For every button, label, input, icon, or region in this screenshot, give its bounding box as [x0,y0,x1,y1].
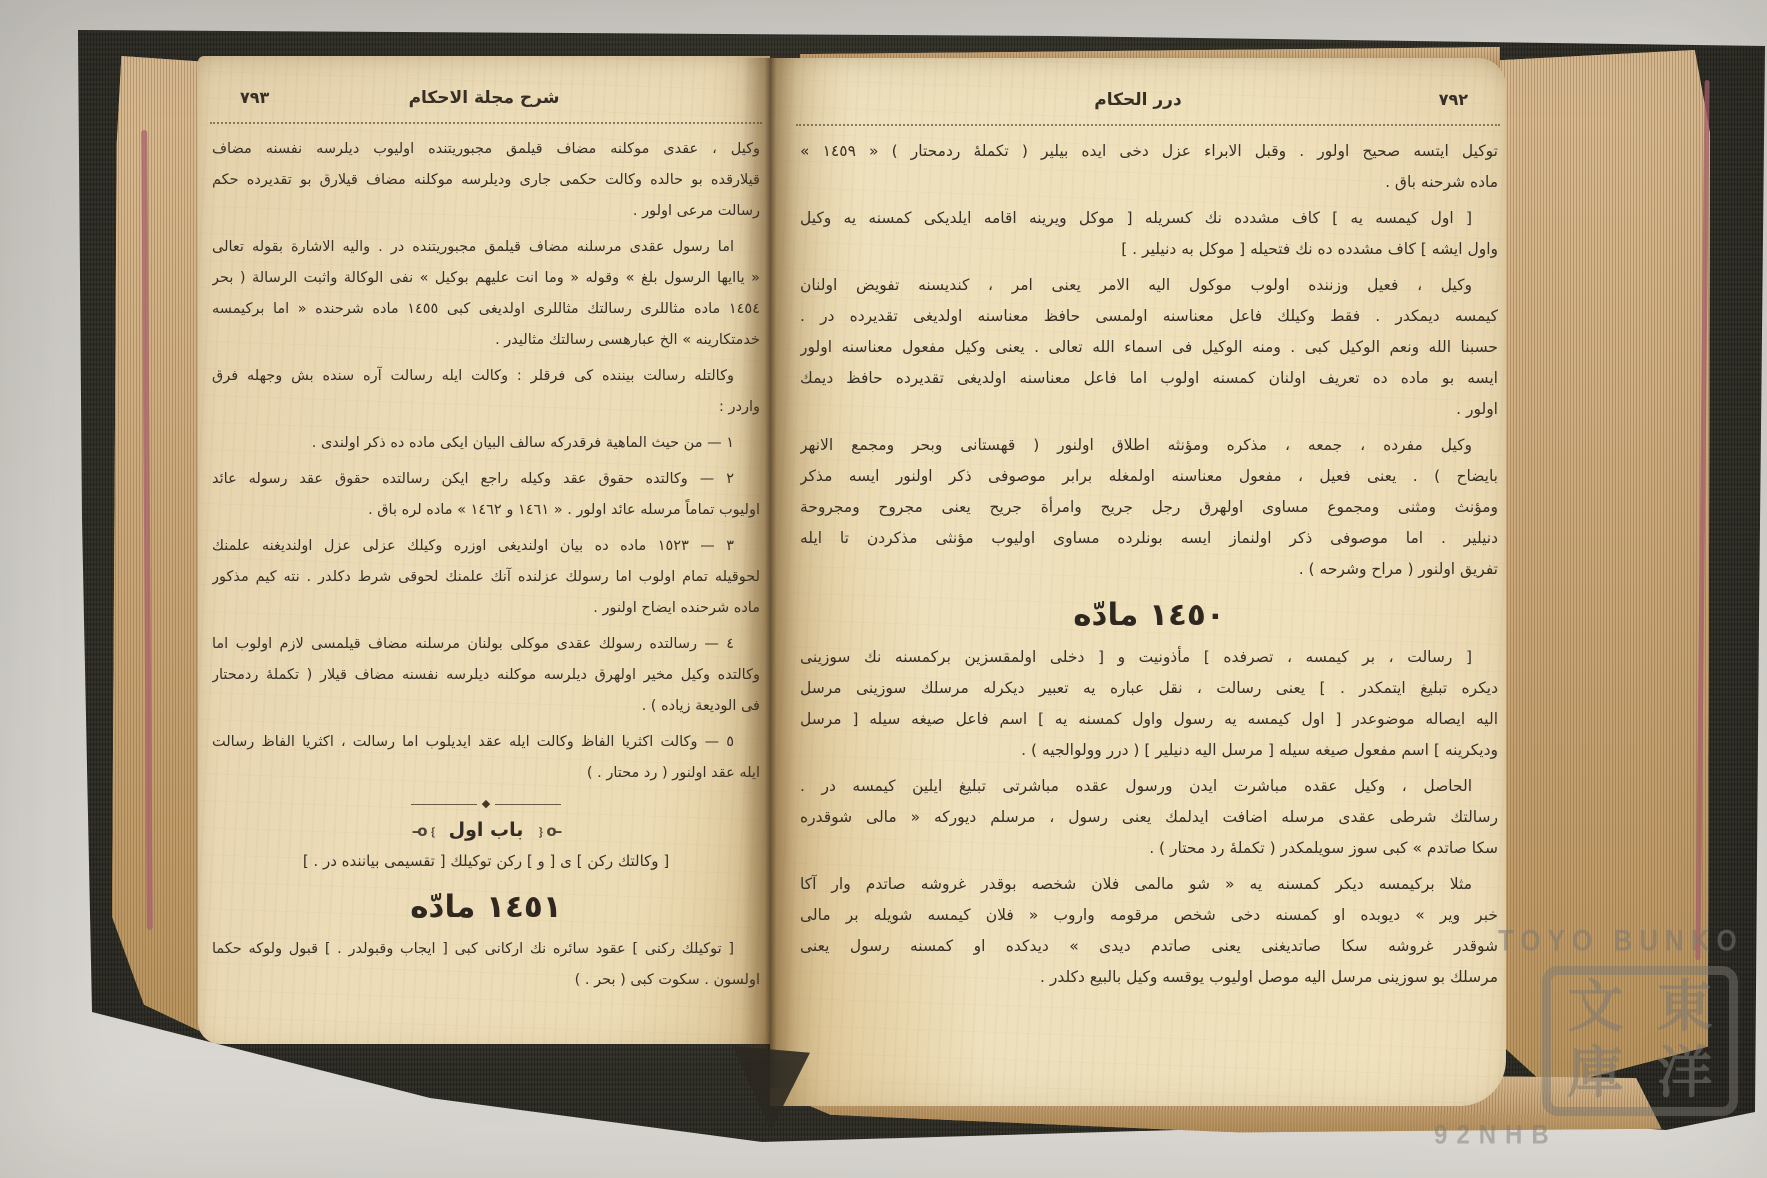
text-line: ١ — من حيث الماهية فرقدركه سالف البيان ا… [212,428,760,459]
text-line: وكالتده وكيل مخير اولهرق ديلرسه موكلنه د… [212,660,760,691]
text-line: وديكرينه ] اسم مفعول صيغه سيله [ مرسل ال… [800,735,1498,766]
text-line: واول ايشه ] كاف مشدده ده نك فتحيله [ موك… [800,234,1498,265]
left-page-header: ٧٩٣ شرح مجلة الاحكام [198,88,770,118]
text-line: فى الوديعة زياده ) . [212,691,760,722]
text-line: [ رسالت ، بر كيمسه ، تصرفده ] مأذونيت و … [800,642,1498,673]
ornament: ﹜o– [533,820,560,841]
text-line: وكيل ، عقدى موكلنه مضاف قيلمق مجبوريتنده… [212,134,760,165]
page-edges-left [112,56,206,1034]
text-line: اولور . [800,394,1498,425]
paragraph: وكالتله رسالت بيننده كى فرقلر : وكالت اي… [212,361,760,423]
paragraph: ٥ — وكالت اكثريا الفاظ وكالت ايله عقد اي… [212,727,760,789]
paragraph: وكيل ، عقدى موكلنه مضاف قيلمق مجبوريتنده… [212,134,760,227]
text-line: بايضاح ) . يعنى فعيل ، مفعول معناسنه اول… [800,461,1498,492]
text-line: مثلا بركيمسه ديكر كمسنه يه « شو مالمى فل… [800,869,1498,900]
page-edges-right [1492,50,1710,1088]
left-page-number: ٧٩٣ [240,88,269,107]
text-line: ٣ — ١٥٢٣ ماده ده بيان اولنديغى اوزره وكي… [212,531,760,562]
text-line: ايله عقد اولنور ( رد محتار . ) [212,758,760,789]
text-line: دنيلير . اما موصوفى ذكر اولنماز ايسه بون… [800,523,1498,554]
header-rule [796,124,1500,126]
text-line: ماده شرحنه باق . [800,167,1498,198]
text-line: حسبنا الله ونعم الوكيل كبى . ومنه الوكيل… [800,332,1498,363]
article-number-heading: ١٤٥٠ مادّه [800,597,1498,633]
text-line: [ وكالتك ركن ] ى [ و ] ركن توكيلك [ تقسي… [212,845,760,877]
left-running-title: شرح مجلة الاحكام [198,88,770,108]
section-divider: ◆ [212,797,760,811]
paragraph: ٣ — ١٥٢٣ ماده ده بيان اولنديغى اوزره وكي… [212,531,760,624]
text-line: كيمسه ديمكدر . فقط وكيلك فاعل معناسنه او… [800,301,1498,332]
text-line: سكا صاتدم » كبى سوز سويلمكدر ( تكملهٔ رد… [800,833,1498,864]
text-line: اوليوب تماماً مرسله عائد اولور . « ١٤٦١ … [212,495,760,526]
left-page-text: وكيل ، عقدى موكلنه مضاف قيلمق مجبوريتنده… [212,134,760,996]
text-line: واردر : [212,392,760,423]
ornament: –o﹛ [412,820,439,841]
paragraph: [ رسالت ، بر كيمسه ، تصرفده ] مأذونيت و … [800,642,1498,766]
paragraph: ٤ — رسالتده رسولك عقدى موكلى بولنان مرسل… [212,629,760,722]
paragraph: ٢ — وكالتده حقوق عقد وكيله راجع ايكن رسا… [212,464,760,526]
text-line: [ اول كيمسه يه ] كاف مشدده نك كسريله [ م… [800,203,1498,234]
text-line: [ توكيلك ركنى ] عقود سائره نك اركانى كبى… [212,934,760,965]
right-page-text: توكيل ايتسه صحيح اولور . وقبل الابراء عز… [800,136,1498,993]
text-line: خدمتكارينه » الخ عبارهسى رسالتك مثاليدر … [212,325,760,356]
paragraph: [ توكيلك ركنى ] عقود سائره نك اركانى كبى… [212,934,760,996]
right-page-header: ٧٩٢ درر الحكام [770,90,1506,120]
paragraph: وكيل مفرده ، جمعه ، مذكره ومؤنثه اطلاق ا… [800,430,1498,585]
text-line: اما رسول عقدى مرسلنه مضاف قيلمق مجبوريتن… [212,232,760,263]
text-line: وكيل مفرده ، جمعه ، مذكره ومؤنثه اطلاق ا… [800,430,1498,461]
right-page: ٧٩٢ درر الحكام توكيل ايتسه صحيح اولور . … [770,58,1506,1106]
text-line: ٤ — رسالتده رسولك عقدى موكلى بولنان مرسل… [212,629,760,660]
text-line: ماده شرحنده ايضاح اولنور . [212,593,760,624]
text-line: الحاصل ، وكيل عقده مباشرت ايدن ورسول عقد… [800,771,1498,802]
right-running-title: درر الحكام [770,90,1506,110]
divider-ornament: ◆ [477,797,495,811]
text-line: ومؤنث ومثنى ومجموع مساوى اولهرق رجل جريح… [800,492,1498,523]
text-line: ٢ — وكالتده حقوق عقد وكيله راجع ايكن رسا… [212,464,760,495]
right-page-number: ٧٩٢ [1439,90,1468,109]
text-line: « ياايها الرسول بلغ » وقوله « وما انت عل… [212,263,760,294]
text-line: وكالتله رسالت بيننده كى فرقلر : وكالت اي… [212,361,760,392]
paragraph: مثلا بركيمسه ديكر كمسنه يه « شو مالمى فل… [800,869,1498,993]
text-line: ١٤٥٤ ماده مثاللرى رسالتك مثاللرى اولديغى… [212,294,760,325]
paragraph: توكيل ايتسه صحيح اولور . وقبل الابراء عز… [800,136,1498,198]
text-line: رسالت مرعى اولور . [212,196,760,227]
text-line: شوقدر غروشه سكا صاتديغنى يعنى صاتدم ديدى… [800,931,1498,962]
text-line: وكيل ، فعيل وزننده اولوب موكول اليه الام… [800,270,1498,301]
photo-background: ٧٩٣ شرح مجلة الاحكام وكيل ، عقدى موكلنه … [0,0,1767,1178]
paragraph: اما رسول عقدى مرسلنه مضاف قيلمق مجبوريتن… [212,232,760,356]
text-line: ديكره تبليغ ايتمكدر . ] يعنى رسالت ، نقل… [800,673,1498,704]
text-line: تفريق اولنور ( مراح وشرحه ) . [800,554,1498,585]
text-line: مرسلك بو سوزينى مرسل اليه موصل اوليوب يو… [800,962,1498,993]
text-line: رسالتك شرطى عقدى مرسله اضافت ايدلمك يعنى… [800,802,1498,833]
paragraph: [ اول كيمسه يه ] كاف مشدده نك كسريله [ م… [800,203,1498,265]
text-line: خبر وير » ديوبده او كمسنه دخى شخص مرقومه… [800,900,1498,931]
chapter-title: باب اول [449,819,524,841]
text-line: توكيل ايتسه صحيح اولور . وقبل الابراء عز… [800,136,1498,167]
text-line: اولسون . سكوت كبى ( بحر . ) [212,965,760,996]
text-line: لحوقيله تمام اولوب اما رسولك عزلنده آنك … [212,562,760,593]
article-number-heading: ١٤٥١ مادّه [212,889,760,925]
text-line: ايسه بو ماده ده تعريف اولنان كمسنه اولوب… [800,363,1498,394]
chapter-heading: –o﹛باب اول﹜o– [212,819,760,841]
header-rule [210,122,762,124]
paragraph: الحاصل ، وكيل عقده مباشرت ايدن ورسول عقد… [800,771,1498,864]
text-line: اليه ايصاله موضوعدر [ اول كيمسه يه رسول … [800,704,1498,735]
text-line: قيلارقده بو حالده وكالت حكمى جارى وديلرس… [212,165,760,196]
paragraph: وكيل ، فعيل وزننده اولوب موكول اليه الام… [800,270,1498,425]
text-line: ٥ — وكالت اكثريا الفاظ وكالت ايله عقد اي… [212,727,760,758]
left-page: ٧٩٣ شرح مجلة الاحكام وكيل ، عقدى موكلنه … [198,56,770,1044]
paragraph: ١ — من حيث الماهية فرقدركه سالف البيان ا… [212,428,760,459]
